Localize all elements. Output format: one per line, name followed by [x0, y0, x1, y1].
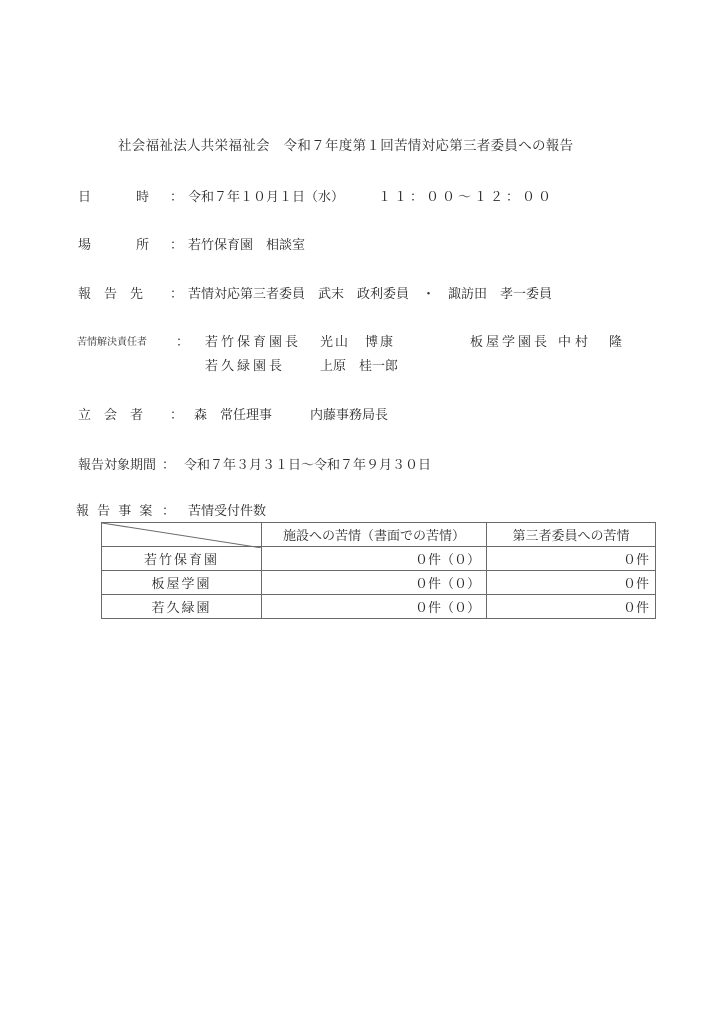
datetime-label-2: 時 — [136, 186, 149, 205]
header-third-party: 第三者委員への苦情 — [487, 523, 656, 547]
datetime-label-1: 日 — [78, 186, 91, 205]
matter-colon: ： — [162, 500, 175, 519]
row-name: 若久緑園 — [102, 595, 262, 619]
responsible-colon: ： — [176, 331, 189, 350]
report-to-colon: ： — [170, 283, 183, 302]
row-third-party: ０件 — [487, 571, 656, 595]
period-value: 令和７年３月３１日～令和７年９月３０日 — [184, 454, 431, 473]
report-to-label: 報 告 先 — [78, 283, 143, 302]
responsible-1-role: 若竹保育園長 — [205, 331, 301, 350]
attendees-value-1: 森 常任理事 — [194, 404, 272, 423]
datetime-time: １１：００～１２：００ — [378, 186, 554, 205]
table-row: 若竹保育園 ０件（０） ０件 — [102, 547, 656, 571]
attendees-value-2: 内藤事務局長 — [310, 404, 388, 423]
responsible-2-role: 板屋学園長 — [470, 331, 550, 350]
row-name: 板屋学園 — [102, 571, 262, 595]
complaints-table: 施設への苦情（書面での苦情） 第三者委員への苦情 若竹保育園 ０件（０） ０件 … — [101, 522, 656, 619]
table-row: 板屋学園 ０件（０） ０件 — [102, 571, 656, 595]
datetime-date: 令和７年１０月１日（水） — [188, 186, 344, 205]
header-facility: 施設への苦情（書面での苦情） — [262, 523, 487, 547]
row-facility: ０件（０） — [262, 571, 487, 595]
attendees-colon: ： — [170, 404, 183, 423]
corner-cell — [102, 523, 262, 547]
document-title: 社会福祉法人共栄福祉会 令和７年度第１回苦情対応第三者委員への報告 — [118, 134, 573, 154]
matter-label: 報 告 事 案 — [76, 500, 154, 519]
place-value: 若竹保育園 相談室 — [188, 234, 305, 253]
row-name: 若竹保育園 — [102, 547, 262, 571]
report-to-value: 苦情対応第三者委員 武末 政利委員 ・ 諏訪田 孝一委員 — [188, 283, 552, 302]
row-facility: ０件（０） — [262, 595, 487, 619]
place-label-2: 所 — [136, 234, 149, 253]
row-third-party: ０件 — [487, 547, 656, 571]
place-label-1: 場 — [78, 234, 91, 253]
table-header-row: 施設への苦情（書面での苦情） 第三者委員への苦情 — [102, 523, 656, 547]
diagonal-line-icon — [102, 523, 262, 548]
responsible-3-name: 上原 桂一郎 — [320, 355, 398, 374]
table-row: 若久緑園 ０件（０） ０件 — [102, 595, 656, 619]
row-facility: ０件（０） — [262, 547, 487, 571]
matter-value: 苦情受付件数 — [188, 500, 266, 519]
responsible-label: 苦情解決責任者 — [77, 333, 147, 348]
row-third-party: ０件 — [487, 595, 656, 619]
attendees-label: 立 会 者 — [78, 404, 143, 423]
datetime-colon: ： — [170, 186, 183, 205]
period-label: 報告対象期間 — [78, 454, 156, 473]
responsible-2-name: 中村 隆 — [558, 331, 626, 350]
period-colon: ： — [162, 454, 175, 473]
place-colon: ： — [170, 234, 183, 253]
responsible-1-name: 光山 博康 — [320, 331, 395, 350]
responsible-3-role: 若久緑園長 — [205, 355, 285, 374]
